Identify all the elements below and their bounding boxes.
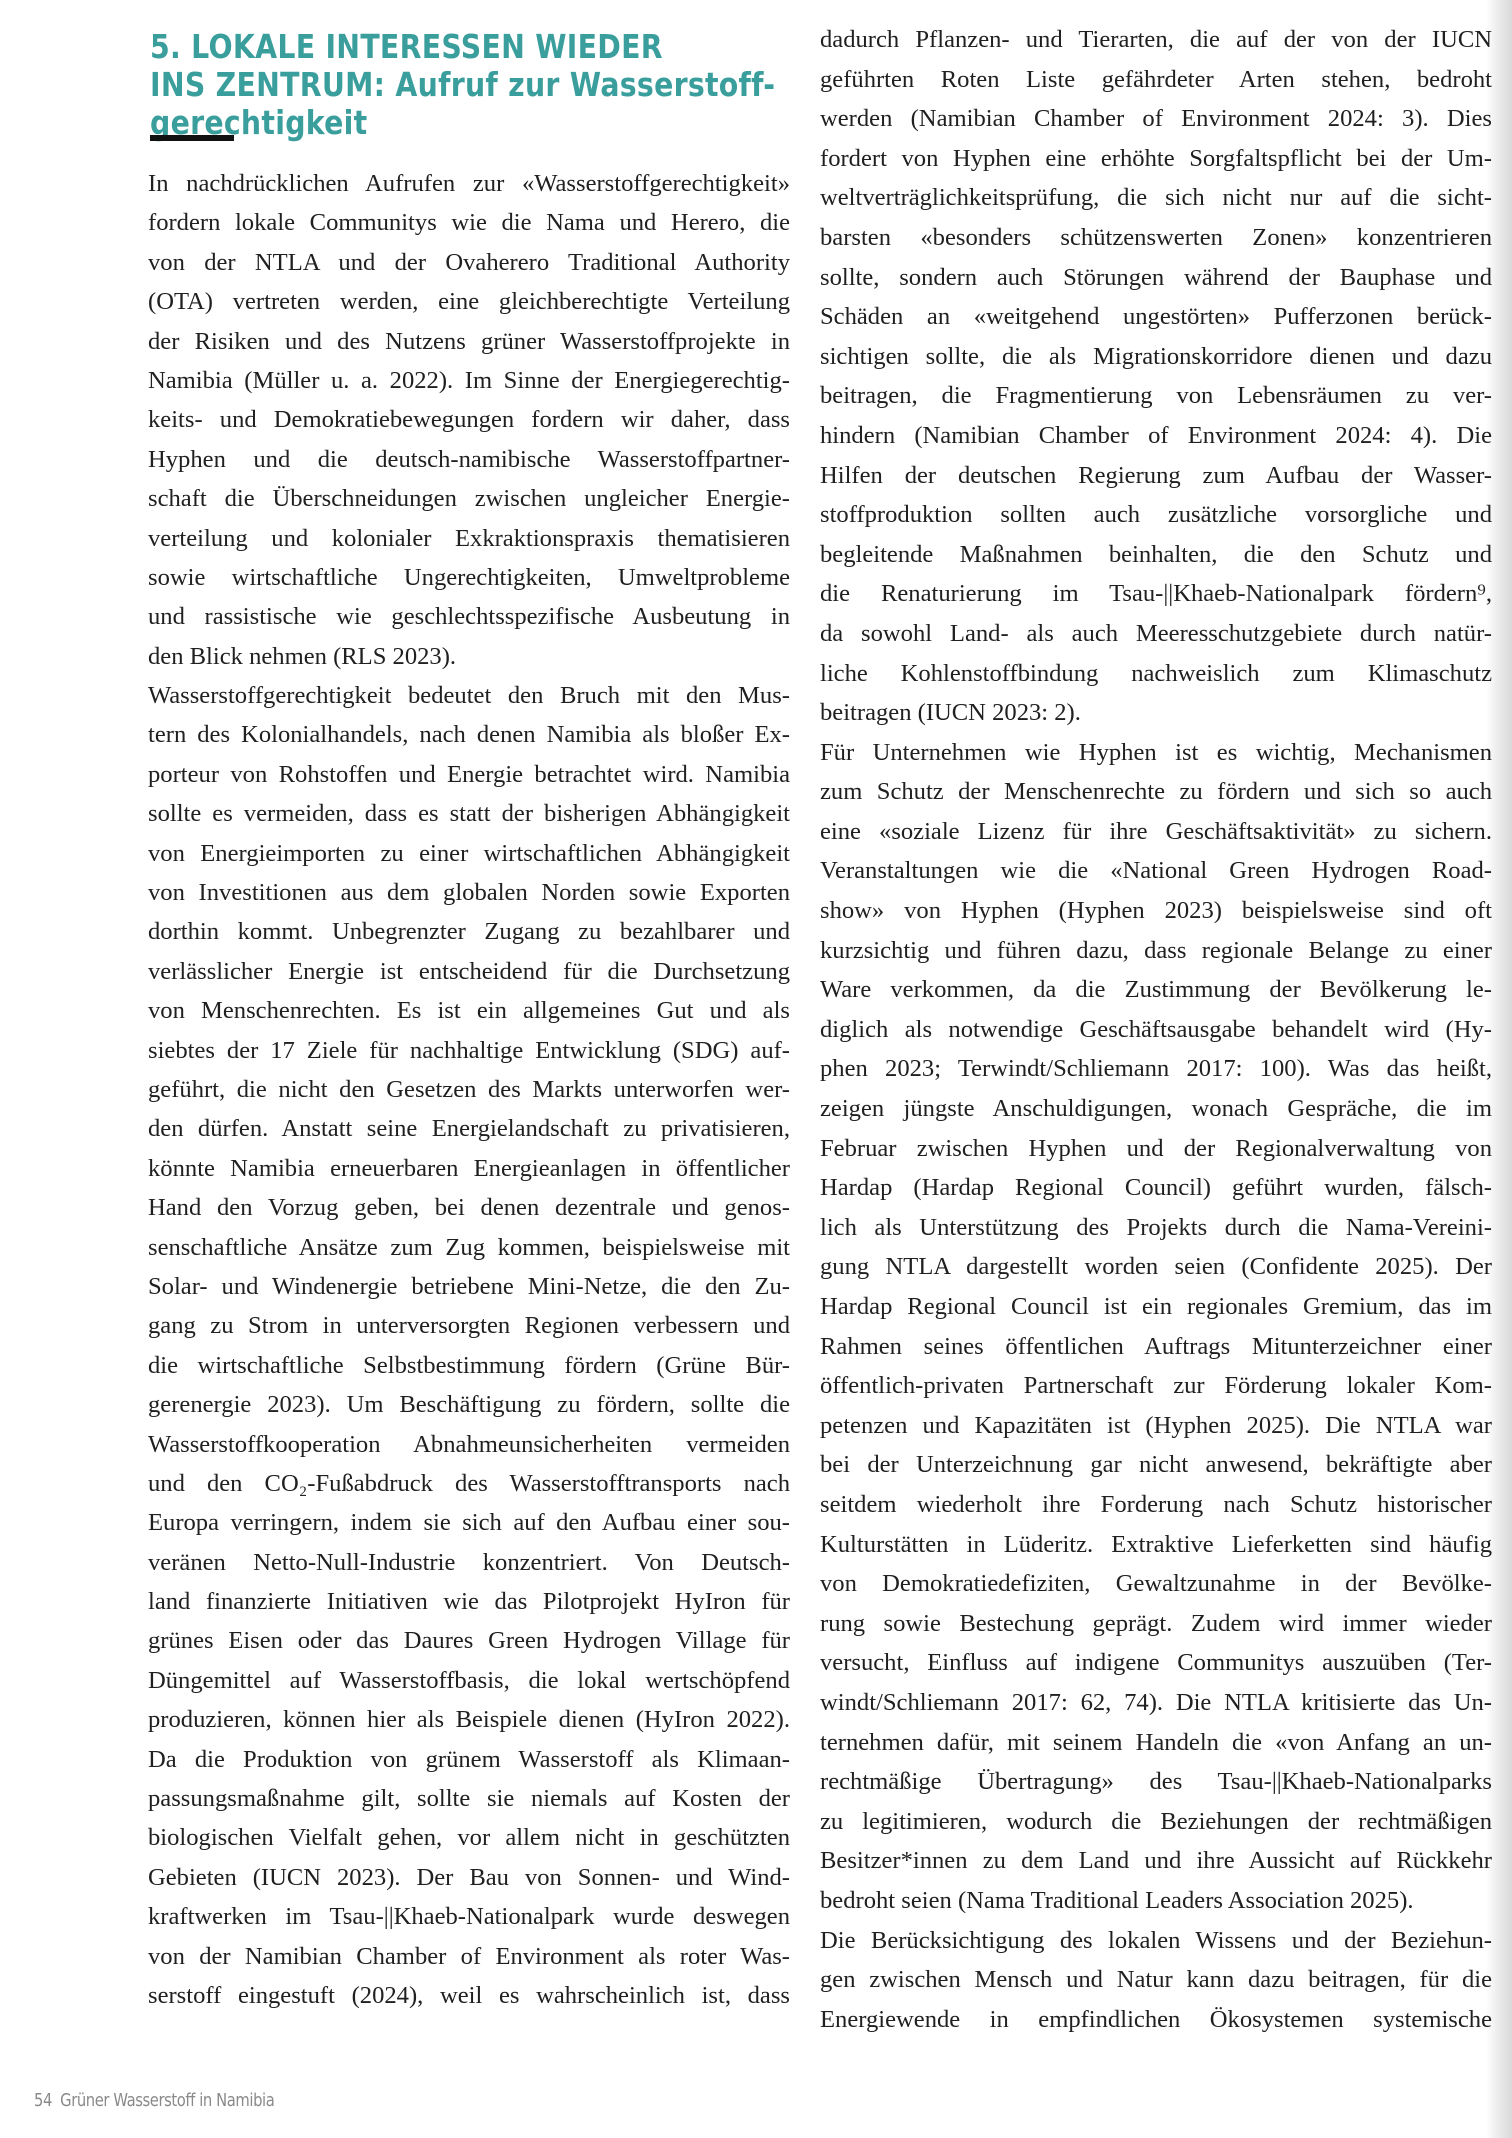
page-number: 54 <box>34 2090 52 2111</box>
text-line: ternehmen dafür, mit seinem Handeln die … <box>820 1723 1492 1763</box>
text-line: bedroht seien (Nama Traditional Leaders … <box>820 1881 1492 1921</box>
text-line: Die Berücksichtigung des lokalen Wissens… <box>820 1921 1492 1961</box>
page-footer: 54Grüner Wasserstoff in Namibia <box>34 2090 274 2111</box>
text-line: In nachdrücklichen Aufrufen zur «Wassers… <box>148 164 790 203</box>
running-title: Grüner Wasserstoff in Namibia <box>60 2090 274 2111</box>
text-line: Da die Produktion von grünem Wasserstoff… <box>148 1740 790 1779</box>
text-line: Düngemittel auf Wasserstoffbasis, die lo… <box>148 1661 790 1700</box>
text-line: zum Schutz der Menschenrechte zu fördern… <box>820 772 1492 812</box>
text-line: Hardap (Hardap Regional Council) geführt… <box>820 1168 1492 1208</box>
text-line: Schäden an «weitgehend ungestörten» Puff… <box>820 297 1492 337</box>
text-line: bei der Unterzeichnung gar nicht anwesen… <box>820 1445 1492 1485</box>
text-line: von Demokratiedefiziten, Gewaltzunahme i… <box>820 1564 1492 1604</box>
text-line: Hand den Vorzug geben, bei denen dezentr… <box>148 1188 790 1227</box>
text-line: passungsmaßnahme gilt, sollte sie niemal… <box>148 1779 790 1818</box>
text-line: von Energieimporten zu einer wirtschaftl… <box>148 834 790 873</box>
text-line: Besitzer*innen zu dem Land und ihre Auss… <box>820 1841 1492 1881</box>
text-line: versucht, Einfluss auf indigene Communit… <box>820 1643 1492 1683</box>
text-line: windt/Schliemann 2017: 62, 74). Die NTLA… <box>820 1683 1492 1723</box>
text-line: produzieren, können hier als Beispiele d… <box>148 1700 790 1739</box>
text-line: rung sowie Bestechung geprägt. Zudem wir… <box>820 1604 1492 1644</box>
text-line: kurzsichtig und führen dazu, dass region… <box>820 931 1492 971</box>
text-line: land finanzierte Initiativen wie das Pil… <box>148 1582 790 1621</box>
text-line: eine «soziale Lizenz für ihre Geschäftsa… <box>820 812 1492 852</box>
text-line: von Investitionen aus dem globalen Norde… <box>148 873 790 912</box>
text-line: diglich als notwendige Geschäftsausgabe … <box>820 1010 1492 1050</box>
heading-line: INS ZENTRUM: Aufruf zur Wasserstoff- <box>150 66 700 104</box>
text-line: dadurch Pflanzen- und Tierarten, die auf… <box>820 20 1492 60</box>
text-line: beitragen (IUCN 2023: 2). <box>820 693 1492 733</box>
text-line: sollte, sondern auch Störungen während d… <box>820 258 1492 298</box>
right-text-column: dadurch Pflanzen- und Tierarten, die auf… <box>820 20 1492 2039</box>
text-line: Namibia (Müller u. a. 2022). Im Sinne de… <box>148 361 790 400</box>
text-line: rechtmäßige Übertragung» des Tsau-||Khae… <box>820 1762 1492 1802</box>
text-line: hindern (Namibian Chamber of Environment… <box>820 416 1492 456</box>
text-line: seitdem wiederholt ihre Forderung nach S… <box>820 1485 1492 1525</box>
text-line: dorthin kommt. Unbegrenzter Zugang zu be… <box>148 912 790 951</box>
text-line: Ware verkommen, da die Zustimmung der Be… <box>820 970 1492 1010</box>
text-line: begleitende Maßnahmen beinhalten, die de… <box>820 535 1492 575</box>
text-line: von der Namibian Chamber of Environment … <box>148 1937 790 1976</box>
text-line: Hilfen der deutschen Regierung zum Aufba… <box>820 456 1492 496</box>
text-line: gen zwischen Mensch und Natur kann dazu … <box>820 1960 1492 2000</box>
text-line: grünes Eisen oder das Daures Green Hydro… <box>148 1621 790 1660</box>
text-line: werden (Namibian Chamber of Environment … <box>820 99 1492 139</box>
text-line: stoffproduktion sollten auch zusätzliche… <box>820 495 1492 535</box>
text-line: weltverträglichkeitsprüfung, die sich ni… <box>820 178 1492 218</box>
text-line: gang zu Strom in unterversorgten Regione… <box>148 1306 790 1345</box>
text-line: biologischen Vielfalt gehen, vor allem n… <box>148 1818 790 1857</box>
text-line: Veranstaltungen wie die «National Green … <box>820 851 1492 891</box>
text-line: da sowohl Land- als auch Meeresschutzgeb… <box>820 614 1492 654</box>
text-line: liche Kohlenstoffbindung nachweislich zu… <box>820 654 1492 694</box>
text-line: porteur von Rohstoffen und Energie betra… <box>148 755 790 794</box>
text-line: senschaftliche Ansätze zum Zug kommen, b… <box>148 1228 790 1267</box>
text-line: (OTA) vertreten werden, eine gleichberec… <box>148 282 790 321</box>
text-line: den dürfen. Anstatt seine Energielandsch… <box>148 1109 790 1148</box>
text-line: gung NTLA dargestellt worden seien (Conf… <box>820 1247 1492 1287</box>
text-line: von der NTLA und der Ovaherero Tradition… <box>148 243 790 282</box>
text-line: Gebieten (IUCN 2023). Der Bau von Sonnen… <box>148 1858 790 1897</box>
text-line: Kulturstätten in Lüderitz. Extraktive Li… <box>820 1525 1492 1565</box>
text-line: beitragen, die Fragmentierung von Lebens… <box>820 376 1492 416</box>
text-line: Hyphen und die deutsch-namibische Wasser… <box>148 440 790 479</box>
text-line: sichtigen sollte, die als Migrationskorr… <box>820 337 1492 377</box>
text-line: Energiewende in empfindlichen Ökosysteme… <box>820 2000 1492 2040</box>
text-line: show» von Hyphen (Hyphen 2023) beispiels… <box>820 891 1492 931</box>
text-line: verlässlicher Energie ist entscheidend f… <box>148 952 790 991</box>
text-line: Hardap Regional Council ist ein regional… <box>820 1287 1492 1327</box>
text-line: gerenergie 2023). Um Beschäftigung zu fö… <box>148 1385 790 1424</box>
text-line: serstoff eingestuft (2024), weil es wahr… <box>148 1976 790 2015</box>
text-line: kraftwerken im Tsau-||Khaeb-Nationalpark… <box>148 1897 790 1936</box>
text-line: die wirtschaftliche Selbstbestimmung för… <box>148 1346 790 1385</box>
text-line: Wasserstoffkooperation Abnahmeunsicherhe… <box>148 1425 790 1464</box>
section-heading: 5. LOKALE INTERESSEN WIEDER INS ZENTRUM:… <box>150 28 700 142</box>
heading-line: 5. LOKALE INTERESSEN WIEDER <box>150 28 700 66</box>
text-line: geführt, die nicht den Gesetzen des Mark… <box>148 1070 790 1109</box>
heading-rule <box>150 135 234 141</box>
text-line: verteilung und kolonialer Exkraktionspra… <box>148 519 790 558</box>
text-line: keits- und Demokratiebewegungen fordern … <box>148 400 790 439</box>
text-line: fordert von Hyphen eine erhöhte Sorgfalt… <box>820 139 1492 179</box>
text-line: der Risiken und des Nutzens grüner Wasse… <box>148 322 790 361</box>
text-line: geführten Roten Liste gefährdeter Arten … <box>820 60 1492 100</box>
text-line: siebtes der 17 Ziele für nachhaltige Ent… <box>148 1031 790 1070</box>
text-line: veränen Netto-Null-Industrie konzentrier… <box>148 1543 790 1582</box>
text-line: Wasserstoffgerechtigkeit bedeutet den Br… <box>148 676 790 715</box>
text-line: tern des Kolonialhandels, nach denen Nam… <box>148 715 790 754</box>
text-line: könnte Namibia erneuerbaren Energieanlag… <box>148 1149 790 1188</box>
text-line: fordern lokale Communitys wie die Nama u… <box>148 203 790 242</box>
left-text-column: In nachdrücklichen Aufrufen zur «Wassers… <box>148 164 790 2015</box>
text-line: petenzen und Kapazitäten ist (Hyphen 202… <box>820 1406 1492 1446</box>
text-line: Europa verringern, indem sie sich auf de… <box>148 1503 790 1542</box>
text-line: zeigen jüngste Anschuldigungen, wonach G… <box>820 1089 1492 1129</box>
text-line: und den CO₂-Fußabdruck des Wasserstofftr… <box>148 1464 790 1503</box>
text-line: die Renaturierung im Tsau-||Khaeb-Nation… <box>820 574 1492 614</box>
text-line: sowie wirtschaftliche Ungerechtigkeiten,… <box>148 558 790 597</box>
text-line: zu legitimieren, wodurch die Beziehungen… <box>820 1802 1492 1842</box>
text-line: Februar zwischen Hyphen und der Regional… <box>820 1129 1492 1169</box>
text-line: Rahmen seines öffentlichen Auftrags Mitu… <box>820 1327 1492 1367</box>
text-line: Solar- und Windenergie betriebene Mini-N… <box>148 1267 790 1306</box>
text-line: von Menschenrechten. Es ist ein allgemei… <box>148 991 790 1030</box>
text-line: den Blick nehmen (RLS 2023). <box>148 637 790 676</box>
text-line: phen 2023; Terwindt/Schliemann 2017: 100… <box>820 1049 1492 1089</box>
text-line: schaft die Überschneidungen zwischen ung… <box>148 479 790 518</box>
text-line: lich als Unterstützung des Projekts durc… <box>820 1208 1492 1248</box>
text-line: öffentlich-privaten Partnerschaft zur Fö… <box>820 1366 1492 1406</box>
text-line: sollte es vermeiden, dass es statt der b… <box>148 794 790 833</box>
text-line: und rassistische wie geschlechtsspezifis… <box>148 597 790 636</box>
text-line: Für Unternehmen wie Hyphen ist es wichti… <box>820 733 1492 773</box>
text-line: barsten «besonders schützenswerten Zonen… <box>820 218 1492 258</box>
